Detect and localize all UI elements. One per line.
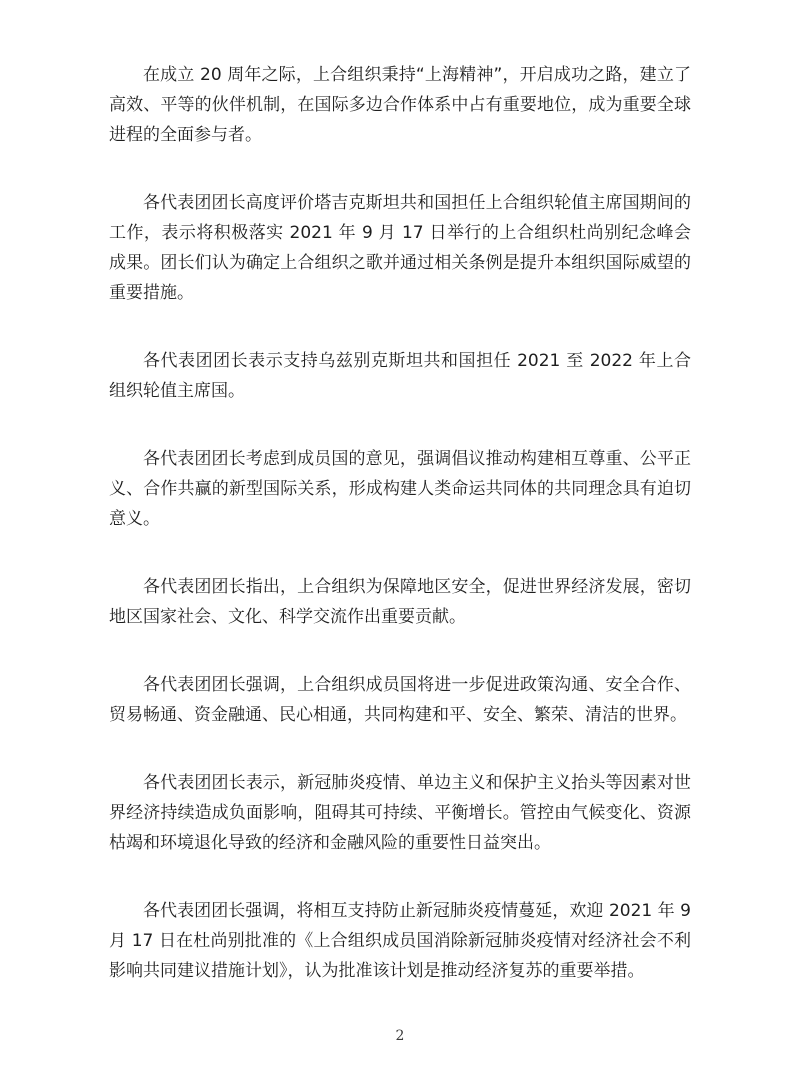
- paragraph: 各代表团团长高度评价塔吉克斯坦共和国担任上合组织轮值主席国期间的工作，表示将积极…: [109, 188, 691, 308]
- paragraph: 各代表团团长表示，新冠肺炎疫情、单边主义和保护主义抬头等因素对世界经济持续造成负…: [109, 768, 691, 858]
- paragraph: 在成立 20 周年之际，上合组织秉持“上海精神”，开启成功之路，建立了高效、平等…: [109, 60, 691, 150]
- page-number: 2: [0, 1028, 800, 1044]
- paragraph: 各代表团团长表示支持乌兹别克斯坦共和国担任 2021 至 2022 年上合组织轮…: [109, 346, 691, 406]
- paragraph: 各代表团团长强调，上合组织成员国将进一步促进政策沟通、安全合作、贸易畅通、资金融…: [109, 670, 691, 730]
- document-page: 在成立 20 周年之际，上合组织秉持“上海精神”，开启成功之路，建立了高效、平等…: [0, 0, 800, 1067]
- paragraph: 各代表团团长考虑到成员国的意见，强调倡议推动构建相互尊重、公平正义、合作共赢的新…: [109, 444, 691, 534]
- paragraph: 各代表团团长指出，上合组织为保障地区安全，促进世界经济发展，密切地区国家社会、文…: [109, 572, 691, 632]
- document-body: 在成立 20 周年之际，上合组织秉持“上海精神”，开启成功之路，建立了高效、平等…: [109, 60, 691, 1024]
- paragraph: 各代表团团长强调，将相互支持防止新冠肺炎疫情蔓延，欢迎 2021 年 9 月 1…: [109, 896, 691, 986]
